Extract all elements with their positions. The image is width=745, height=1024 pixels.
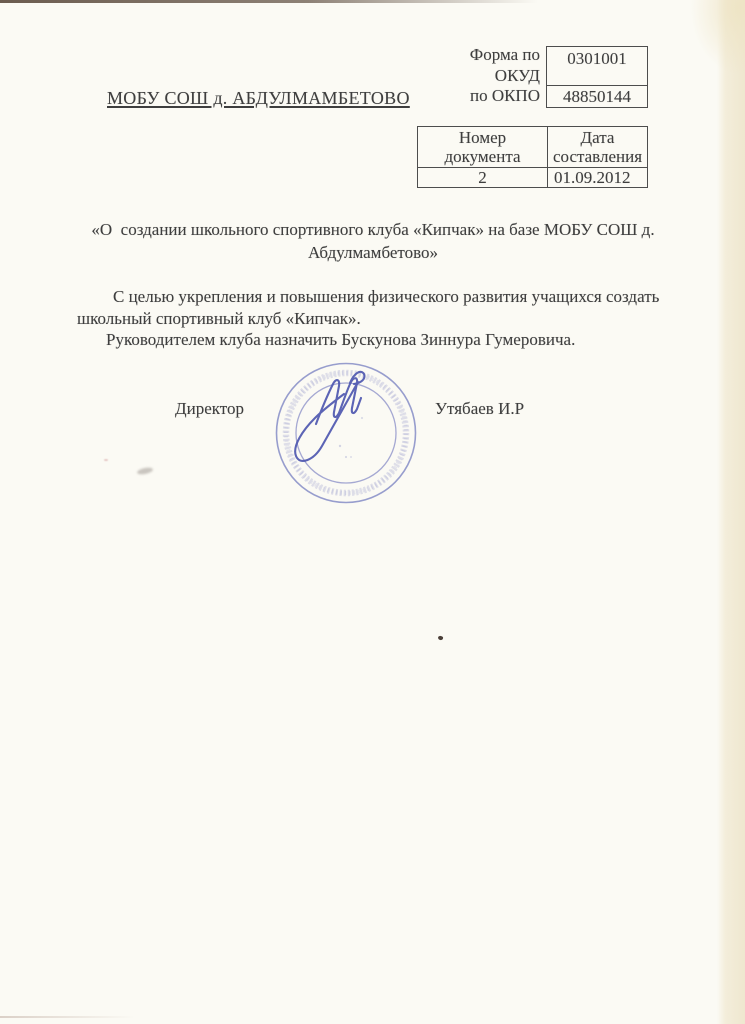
order-paragraph-2: Руководителем клуба назначить Бускунова … [77,329,687,351]
doc-number-header-line2: документа [444,147,520,166]
document-meta-table: Номер документа Дата составления 2 01.09… [417,126,648,188]
doc-number-header-cell: Номер документа [418,127,548,168]
scan-corner-tint-artifact [690,0,745,75]
doc-date-header-line2: составления [553,147,642,166]
stamp-center-mark [350,456,352,458]
stamp-center-mark [345,456,347,458]
form-label-okud-line1: Форма по [330,45,540,66]
scan-edge-right-artifact [717,0,745,1024]
doc-date-header-line1: Дата [581,128,615,147]
stamp-center-mark [361,417,363,419]
doc-number-header-line1: Номер [459,128,506,147]
scan-edge-top-artifact [0,0,560,3]
stamp-ring-text-blur-2 [278,365,414,501]
stamp-inner-ring [296,383,396,483]
scanned-document-page: МОБУ СОШ д. АБДУЛМАМБЕТОВО Форма по ОКУД… [0,0,745,1024]
form-code-labels: Форма по ОКУД по ОКПО [330,45,540,107]
form-label-okpo: по ОКПО [330,86,540,107]
doc-number-value: 2 [418,168,548,188]
meta-table-value-row: 2 01.09.2012 [418,168,648,188]
faint-speck [104,459,108,461]
order-title: «О создании школьного спортивного клуба … [84,219,662,264]
stamp-and-signature-graphic [270,356,422,508]
signer-name: Утябаев И.Р [435,399,524,419]
doc-date-value: 01.09.2012 [548,168,648,188]
form-label-okud-line2: ОКУД [330,66,540,87]
doc-date-header-cell: Дата составления [548,127,648,168]
order-paragraph-1: С целью укрепления и повышения физическо… [77,286,667,329]
meta-table-header-row: Номер документа Дата составления [418,127,648,168]
scan-edge-bottom-artifact [0,1016,135,1018]
form-code-value-boxes: 0301001 48850144 [546,46,648,108]
pencil-smudge [137,466,154,475]
okpo-code-value: 48850144 [547,86,647,107]
signer-role-label: Директор [175,399,244,419]
ink-speck [437,635,443,640]
official-stamp [270,356,422,508]
stamp-outer-ring [277,364,416,503]
okud-code-value: 0301001 [547,47,647,86]
stamp-center-mark [339,445,341,447]
